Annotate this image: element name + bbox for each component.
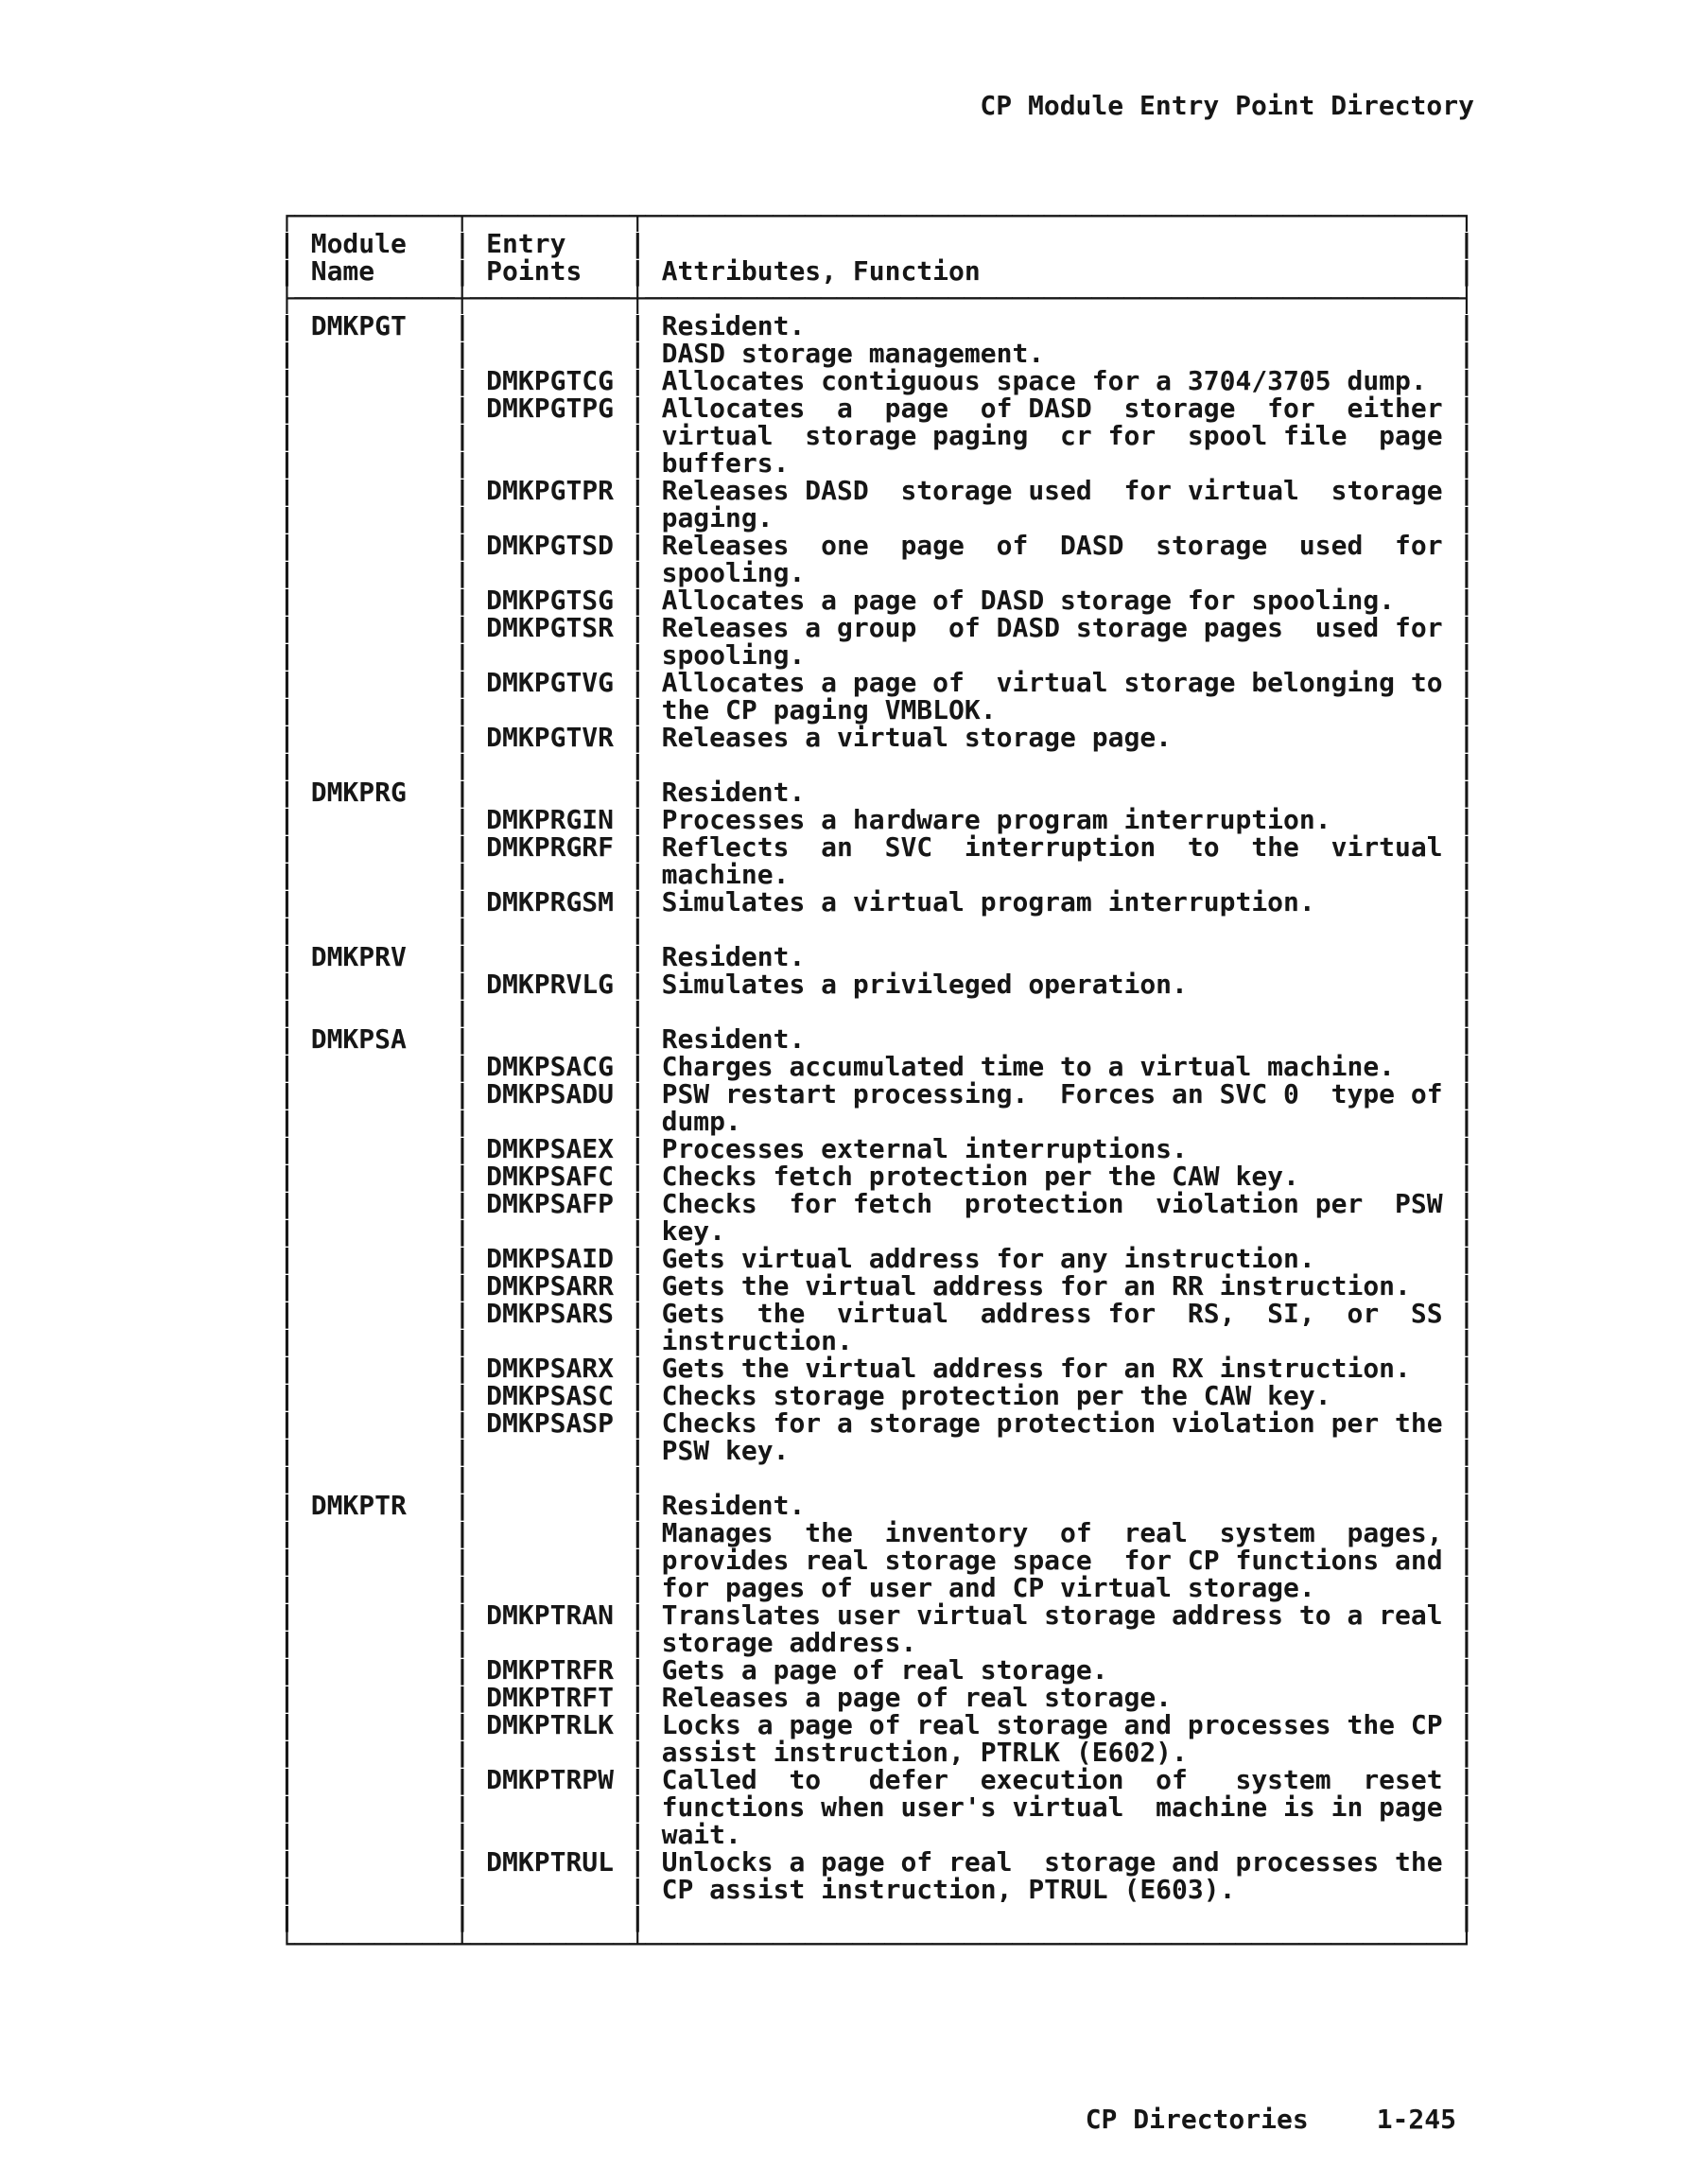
table-row: | | DMKPTRAN | Translates user virtual s… <box>279 1601 1474 1629</box>
table-row: | | | machine. | <box>279 861 1474 888</box>
table-row: | DMKPGT | | Resident. | <box>279 312 1474 340</box>
table-row: | | | CP assist instruction, PTRUL (E603… <box>279 1876 1474 1903</box>
table-row: | | DMKPSACG | Charges accumulated time … <box>279 1053 1474 1080</box>
footer-section-title: CP Directories <box>1086 2104 1309 2135</box>
table-row: | | DMKPGTPR | Releases DASD storage use… <box>279 477 1474 504</box>
table-row: | | | | <box>279 1903 1474 1931</box>
table-row: | | DMKPRGRF | Reflects an SVC interrupt… <box>279 833 1474 861</box>
table-row: | | | key. | <box>279 1217 1474 1245</box>
table-row: | DMKPSA | | Resident. | <box>279 1025 1474 1053</box>
page-header-title: CP Module Entry Point Directory <box>279 92 1474 120</box>
table-row: | | DMKPGTSG | Allocates a page of DASD … <box>279 586 1474 614</box>
table-row: | | | the CP paging VMBLOK. | <box>279 696 1474 724</box>
table-row: | | | assist instruction, PTRLK (E602). … <box>279 1738 1474 1766</box>
table-row: | | DMKPGTPG | Allocates a page of DASD … <box>279 394 1474 422</box>
table-row: | DMKPRV | | Resident. | <box>279 943 1474 970</box>
table-row: | | DMKPGTSR | Releases a group of DASD … <box>279 614 1474 641</box>
table-row: | | | spooling. | <box>279 641 1474 669</box>
table-header-row: | Name | Points | Attributes, Function | <box>279 257 1474 285</box>
table-row: | | DMKPGTVR | Releases a virtual storag… <box>279 724 1474 751</box>
table-row: | | DMKPGTCG | Allocates contiguous spac… <box>279 367 1474 394</box>
table-row: | | | Manages the inventory of real syst… <box>279 1519 1474 1546</box>
table-header-row: | Module | Entry | | <box>279 230 1474 257</box>
table-row: | | | storage address. | <box>279 1629 1474 1656</box>
table-row: | | DMKPTRFT | Releases a page of real s… <box>279 1684 1474 1711</box>
table-row: | | DMKPSAID | Gets virtual address for … <box>279 1245 1474 1272</box>
table-row: | | | | <box>279 916 1474 943</box>
table-bottom-border: └──────────┴──────────┴─────────────────… <box>279 1931 1474 1958</box>
table-row: | | DMKPTRFR | Gets a page of real stora… <box>279 1656 1474 1684</box>
table-row: | | DMKPSASC | Checks storage protection… <box>279 1382 1474 1409</box>
table-row: | | | spooling. | <box>279 559 1474 586</box>
table-row: | | | | <box>279 998 1474 1025</box>
table-row: | | DMKPSAFP | Checks for fetch protecti… <box>279 1190 1474 1217</box>
table-row: | | DMKPTRLK | Locks a page of real stor… <box>279 1711 1474 1738</box>
table-row: | | DMKPTRUL | Unlocks a page of real st… <box>279 1848 1474 1876</box>
table-row: | | | DASD storage management. | <box>279 340 1474 367</box>
footer-page-number: 1-245 <box>1377 2104 1456 2135</box>
table-row: | DMKPTR | | Resident. | <box>279 1492 1474 1519</box>
table-row: | | | wait. | <box>279 1821 1474 1848</box>
table-row: | | | instruction. | <box>279 1327 1474 1354</box>
table-row: | | DMKPRGSM | Simulates a virtual progr… <box>279 888 1474 916</box>
table-row: | | | | <box>279 751 1474 778</box>
table-row: | | DMKPRVLG | Simulates a privileged op… <box>279 970 1474 998</box>
table-row: | | | buffers. | <box>279 449 1474 477</box>
scanned-manual-page: { "page": { "header_title": "CP Module E… <box>0 0 1687 2184</box>
table-row: | | | paging. | <box>279 504 1474 532</box>
table-row: | | | for pages of user and CP virtual s… <box>279 1574 1474 1601</box>
table-row: | | DMKPSAEX | Processes external interr… <box>279 1135 1474 1162</box>
table-row: | | DMKPSARS | Gets the virtual address … <box>279 1300 1474 1327</box>
table-row: | | DMKPRGIN | Processes a hardware prog… <box>279 806 1474 833</box>
table-row: | | | | <box>279 1464 1474 1492</box>
module-entry-point-directory-table: ┌──────────┬──────────┬─────────────────… <box>279 202 1474 1958</box>
table-row: | DMKPRG | | Resident. | <box>279 778 1474 806</box>
table-row: | | DMKPGTSD | Releases one page of DASD… <box>279 532 1474 559</box>
table-header-separator: ├──────────┼──────────┼─────────────────… <box>279 285 1474 312</box>
table-row: | | | functions when user's virtual mach… <box>279 1793 1474 1821</box>
page-footer: CP Directories1-245 <box>279 2077 1456 2134</box>
table-row: | | | dump. | <box>279 1108 1474 1135</box>
table-row: | | | provides real storage space for CP… <box>279 1546 1474 1574</box>
table-top-border: ┌──────────┬──────────┬─────────────────… <box>279 202 1474 230</box>
table-row: | | | PSW key. | <box>279 1437 1474 1464</box>
table-row: | | DMKPSADU | PSW restart processing. F… <box>279 1080 1474 1108</box>
table-row: | | DMKPTRPW | Called to defer execution… <box>279 1766 1474 1793</box>
table-row: | | DMKPSARR | Gets the virtual address … <box>279 1272 1474 1300</box>
table-row: | | DMKPSASP | Checks for a storage prot… <box>279 1409 1474 1437</box>
table-row: | | | virtual storage paging cr for spoo… <box>279 422 1474 449</box>
table-row: | | DMKPSARX | Gets the virtual address … <box>279 1354 1474 1382</box>
table-row: | | DMKPGTVG | Allocates a page of virtu… <box>279 669 1474 696</box>
table-row: | | DMKPSAFC | Checks fetch protection p… <box>279 1162 1474 1190</box>
